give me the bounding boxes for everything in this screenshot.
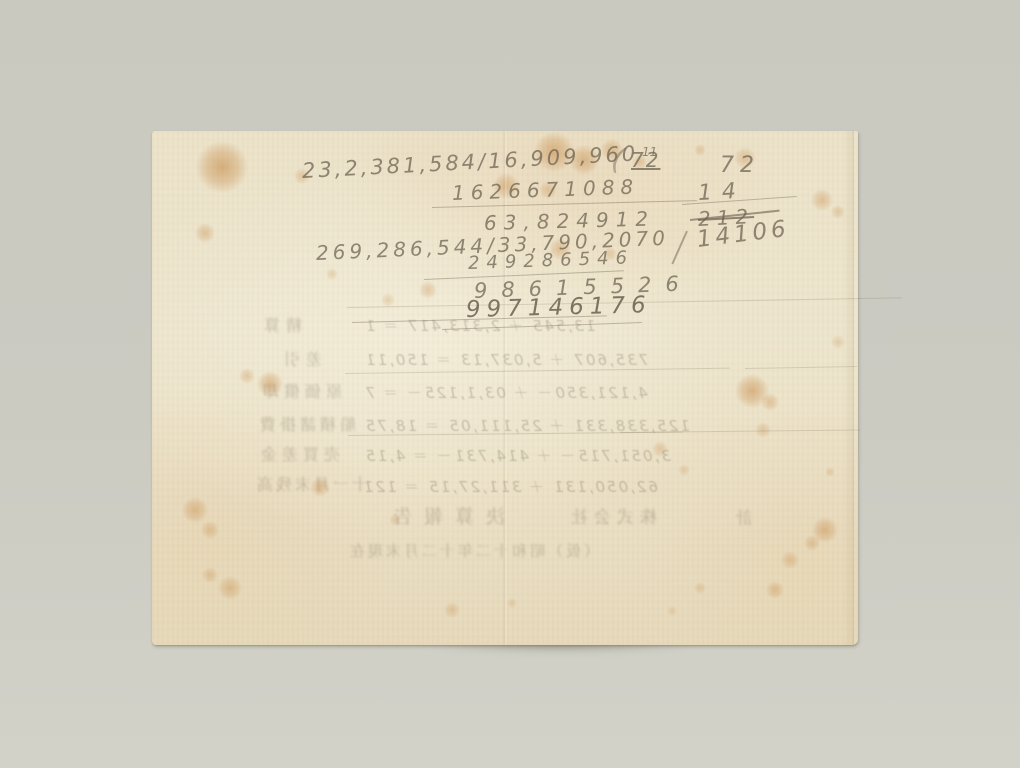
paper-right-edge	[843, 131, 854, 645]
stain	[694, 144, 706, 156]
stain	[381, 293, 395, 307]
corner-top-value: 72	[720, 153, 760, 178]
bleed-row-label: 原価償却	[258, 379, 342, 402]
stain	[766, 581, 784, 599]
stain	[196, 141, 248, 193]
stain	[825, 467, 835, 477]
stain	[202, 567, 218, 583]
stain	[444, 602, 460, 618]
quotient-divider-mark	[671, 231, 687, 264]
stain	[735, 374, 769, 408]
stain	[201, 521, 219, 539]
bleed-footer-group: 計	[735, 504, 752, 529]
bleed-row-content: 62,050,131 ＋ 311,27,15 ＝ 121	[362, 476, 658, 497]
bleed-row-content: 3,051,715－ ＋ 414,731－ ＝ 4,15	[364, 445, 671, 466]
bleed-footer-group: 株式会社	[565, 503, 657, 528]
archival-photo: 23,2,381,584/16,909,960 11 ( 72 16266710…	[0, 0, 1020, 768]
stain	[326, 268, 338, 280]
stain	[678, 464, 690, 476]
stain	[667, 606, 677, 616]
bleed-row-label: 船積諸掛費	[256, 412, 356, 435]
stain	[195, 223, 215, 243]
bleed-footer-line: （仮）昭和十二年十二月末現在	[347, 540, 599, 561]
bleed-row-content: 13,545 ＋ 2,313,417 ＝ 1	[364, 315, 595, 336]
bleed-row-label: 売買差金	[256, 442, 340, 465]
stain	[804, 535, 820, 551]
stain	[182, 497, 208, 523]
stain	[694, 582, 706, 594]
stain	[761, 393, 779, 411]
stain	[507, 598, 517, 608]
stain	[239, 368, 255, 384]
stain	[218, 576, 242, 600]
stain	[812, 517, 838, 543]
pencil-rule	[745, 366, 857, 369]
stain	[419, 281, 437, 299]
division1-line2: 1626671088	[452, 174, 640, 205]
division1-note: 72	[631, 148, 660, 172]
stain	[781, 551, 799, 569]
bleed-footer-group: 決算報告	[381, 502, 505, 529]
stain	[811, 189, 833, 211]
bleed-row-content: 4,121,350－ ＋ 03,1,125－ ＝ 7	[364, 382, 648, 403]
bleed-row-label: 精算	[258, 313, 302, 336]
document-sheet: 23,2,381,584/16,909,960 11 ( 72 16266710…	[152, 131, 858, 645]
bleed-row-label: 十一月末残高	[254, 472, 368, 495]
bleed-row-label: 差引	[278, 347, 322, 370]
bleed-row-content: 735,607 ＋ 5,037,13 ＝ 150,11	[364, 349, 648, 370]
